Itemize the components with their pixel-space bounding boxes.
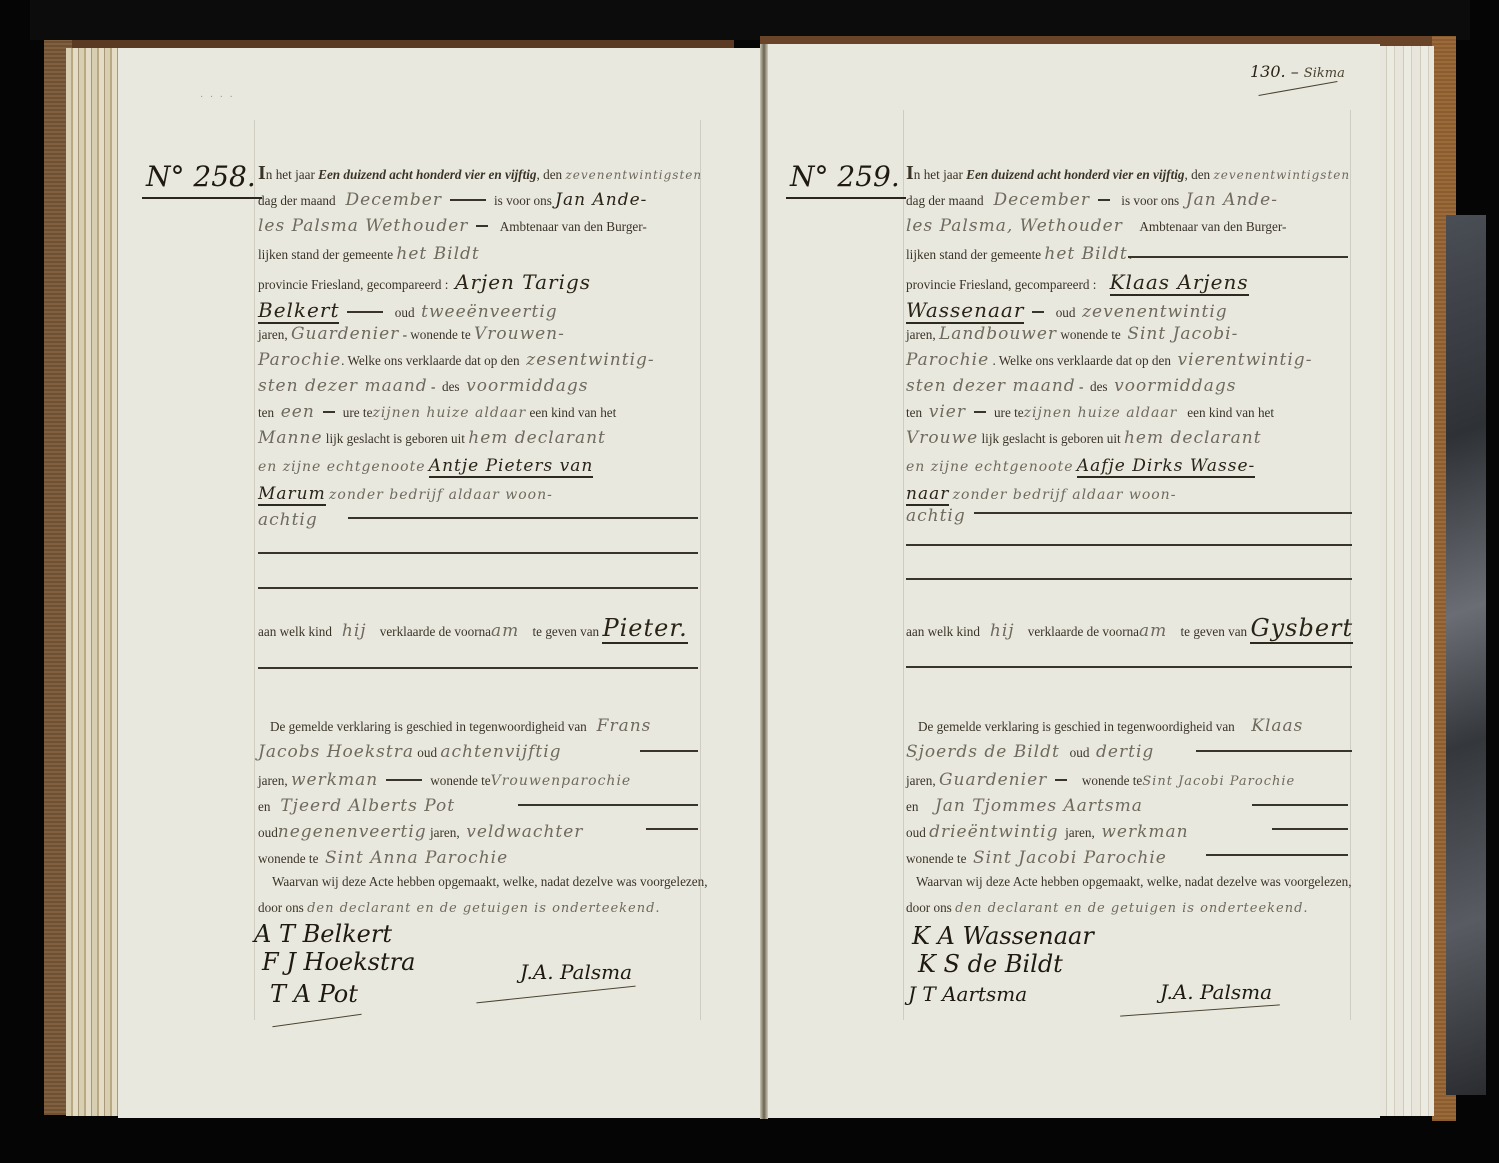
pencil-mark: · · · · <box>200 92 235 103</box>
label: jaren, <box>430 825 460 841</box>
label: wonende te <box>430 773 490 789</box>
label: een kind van het <box>530 405 617 421</box>
child-name: Gysbert <box>1250 614 1353 644</box>
label: oud <box>258 825 278 841</box>
year-text: Een duizend acht honderd vier en vijftig <box>318 167 536 183</box>
label: Waarvan wij deze Acte hebben opgemaakt, … <box>272 874 708 890</box>
label: jaren, <box>258 327 288 343</box>
mother-name: Antje Pieters van <box>429 456 594 478</box>
label: jaren, <box>1065 825 1095 841</box>
witness1-residence: Vrouwenparochie <box>491 773 632 789</box>
signature-witness-1: F J Hoekstra <box>262 948 415 976</box>
label: oud <box>395 305 415 321</box>
birth-day-cont: sten dezer maand <box>906 376 1076 396</box>
blank-rule <box>906 544 1352 546</box>
blank-rule <box>1128 256 1348 258</box>
witness1-name-cont: Sjoerds de Bildt <box>906 742 1060 762</box>
witness1-name: Frans <box>597 716 652 736</box>
declarant-name: Arjen Tarigs <box>455 270 591 294</box>
signature-witness-2: J T Aartsma <box>908 982 1027 1006</box>
dash <box>1032 311 1044 313</box>
witness2-age: drieëntwintig <box>929 822 1058 842</box>
initial-letter: I <box>258 162 266 185</box>
blank-rule <box>258 667 698 669</box>
label: lijken stand der gemeente <box>906 247 1041 263</box>
dash <box>476 225 488 227</box>
page-edges-left <box>66 48 122 1116</box>
label: . Welke ons verklaarde dat op den <box>992 353 1171 369</box>
declarant-residence-cont: Parochie <box>258 350 341 370</box>
mother-occupation: zonder bedrijf aldaar woon- <box>953 487 1177 503</box>
label: wonende te <box>1082 773 1142 789</box>
declarant-age: zevenentwintig <box>1082 302 1228 322</box>
birth-day-cont: sten dezer maand <box>258 376 428 396</box>
label: dag der maand <box>906 193 984 209</box>
label: te geven van <box>533 624 600 640</box>
blank-rule <box>258 587 698 589</box>
official-name: Jan Ande- <box>1186 190 1278 210</box>
left-margin-rule <box>254 120 255 1020</box>
parent: hem declarant <box>1124 428 1262 448</box>
blank-rule <box>906 578 1352 580</box>
label: n het jaar <box>914 167 963 183</box>
pronoun: hij <box>990 621 1015 641</box>
blank-rule <box>348 517 698 519</box>
month: December <box>994 190 1090 210</box>
label: oud <box>1056 305 1076 321</box>
signature-declarant: K A Wassenaar <box>912 922 1094 950</box>
label: des <box>1090 379 1108 395</box>
birth-day: zesentwintig- <box>526 350 654 370</box>
label: Ambtenaar van den Burger- <box>500 219 647 235</box>
time-of-day: voormiddags <box>466 376 588 396</box>
label: provincie Friesland, gecompareerd : <box>258 277 448 293</box>
label: wonende te <box>1060 327 1120 343</box>
official-name: Jan Ande- <box>555 190 647 210</box>
label: aan welk kind <box>906 624 980 640</box>
declarant-surname: Belkert <box>258 298 339 324</box>
signed-by: den declarant en de getuigen is ondertee… <box>307 901 660 916</box>
label: wonende te <box>906 851 966 867</box>
witness2-age: negenenveertig <box>278 822 427 842</box>
time-of-day: voormiddags <box>1114 376 1236 396</box>
blank-rule <box>906 666 1352 668</box>
blank-rule <box>1206 854 1348 856</box>
witness1-age: achtenvijftig <box>440 742 561 762</box>
right-margin-rule <box>903 110 904 1020</box>
blank-rule <box>646 828 698 830</box>
sex: Vrouwe <box>906 428 978 448</box>
label: en <box>258 799 270 815</box>
day-written: zevenentwintigsten <box>1213 168 1350 182</box>
mother-name-cont: naar <box>906 484 949 506</box>
declarant-residence: Sint Jacobi- <box>1127 324 1238 344</box>
birth-day: vierentwintig- <box>1178 350 1313 370</box>
naam-suffix: am <box>1139 621 1167 641</box>
dash <box>1055 779 1067 781</box>
witness2-name: Tjeerd Alberts Pot <box>280 796 455 816</box>
label: jaren, <box>906 773 936 789</box>
label: des <box>442 379 460 395</box>
declarant-residence-cont: Parochie <box>906 350 989 370</box>
label: verklaarde de voorna <box>380 624 491 640</box>
dash <box>347 311 383 313</box>
declarant-residence: Vrouwen- <box>474 324 565 344</box>
label: door ons <box>906 900 952 916</box>
official-name-cont: les Palsma Wethouder <box>258 216 468 236</box>
label: oud <box>906 825 926 841</box>
signature-witness-2: T A Pot <box>270 980 358 1008</box>
parent-cont: en zijne echtgenoote <box>906 459 1074 475</box>
page-edges-right <box>1378 46 1434 1116</box>
marbled-board <box>1446 215 1486 1095</box>
day-written: zevenentwintigsten <box>565 168 702 182</box>
book-gutter <box>760 44 768 1119</box>
blank-rule <box>518 804 698 806</box>
label: lijk geslacht is geboren uit <box>326 431 465 447</box>
label: lijk geslacht is geboren uit <box>982 431 1121 447</box>
parent-cont: en zijne echtgenoote <box>258 459 426 475</box>
label: oud <box>1070 745 1090 761</box>
witness1-occupation: werkman <box>291 770 378 790</box>
blank-rule <box>1272 828 1348 830</box>
hour: een <box>281 402 315 422</box>
blank-rule <box>1252 804 1348 806</box>
dash <box>1098 199 1110 201</box>
label: aan welk kind <box>258 624 332 640</box>
declarant-name: Klaas Arjens <box>1110 270 1249 296</box>
label: De gemelde verklaring is geschied in teg… <box>918 719 1235 735</box>
parent: hem declarant <box>468 428 606 448</box>
label: is voor ons <box>494 193 552 209</box>
sex: Manne <box>258 428 323 448</box>
birth-place: zijnen huize aldaar <box>372 405 526 421</box>
dash <box>974 411 986 413</box>
label: De gemelde verklaring is geschied in teg… <box>270 719 587 735</box>
birth-place: zijnen huize aldaar <box>1024 405 1178 421</box>
label: is voor ons <box>1121 193 1179 209</box>
witness1-occupation: Guardenier <box>939 770 1047 790</box>
label: jaren, <box>906 327 936 343</box>
blank-rule <box>258 552 698 554</box>
mother-residence: achtig <box>906 506 966 526</box>
label: ure te <box>994 405 1024 421</box>
label: provincie Friesland, gecompareerd : <box>906 277 1096 293</box>
witness2-occupation: veldwachter <box>466 822 583 842</box>
signature-witness-1: K S de Bildt <box>918 950 1063 978</box>
label: , den <box>1185 167 1211 183</box>
witness2-residence: Sint Anna Parochie <box>325 848 508 868</box>
signed-by: den declarant en de getuigen is ondertee… <box>955 901 1308 916</box>
signature-official: J.A. Palsma <box>1160 980 1272 1004</box>
label: ure te <box>343 405 373 421</box>
dash <box>386 779 422 781</box>
label: door ons <box>258 900 304 916</box>
label: wonende te <box>258 851 318 867</box>
witness1-name-cont: Jacobs Hoekstra <box>258 742 414 762</box>
declarant-surname: Wassenaar <box>906 298 1024 324</box>
blank-rule <box>640 750 698 752</box>
mother-name-cont: Marum <box>258 484 326 506</box>
declarant-occupation: Guardenier <box>291 324 399 344</box>
signature-declarant: A T Belkert <box>254 920 392 948</box>
municipality: het Bildt <box>396 244 479 264</box>
child-name: Pieter. <box>602 614 687 644</box>
witness2-name: Jan Tjommes Aartsma <box>935 796 1143 816</box>
label: Ambtenaar van den Burger- <box>1139 219 1286 235</box>
witness1-residence: Sint Jacobi Parochie <box>1142 774 1295 789</box>
hour: vier <box>929 402 966 422</box>
label: ten <box>258 405 274 421</box>
blank-rule <box>974 512 1352 514</box>
signature-official: J.A. Palsma <box>520 960 632 984</box>
initial-letter: I <box>906 162 914 185</box>
label: Waarvan wij deze Acte hebben opgemaakt, … <box>916 874 1352 890</box>
witness2-occupation: werkman <box>1101 822 1188 842</box>
label: , den <box>537 167 563 183</box>
label: te geven van <box>1181 624 1248 640</box>
municipality: het Bildt. <box>1044 244 1134 264</box>
label: ten <box>906 405 922 421</box>
label: oud <box>417 745 437 761</box>
witness2-residence: Sint Jacobi Parochie <box>973 848 1167 868</box>
official-name-cont: les Palsma, Wethouder <box>906 216 1123 236</box>
mother-occupation: zonder bedrijf aldaar woon- <box>329 487 553 503</box>
mother-residence: achtig <box>258 510 318 530</box>
dash <box>450 199 486 201</box>
month: December <box>346 190 442 210</box>
declarant-age: tweeënveertig <box>421 302 558 322</box>
act-number: N° 259. <box>786 160 906 199</box>
mother-name: Aafje Dirks Wasse- <box>1077 456 1255 478</box>
label: en <box>906 799 918 815</box>
label: lijken stand der gemeente <box>258 247 393 263</box>
declarant-occupation: Landbouwer <box>939 324 1057 344</box>
label: jaren, <box>258 773 288 789</box>
dash <box>323 411 335 413</box>
label: dag der maand <box>258 193 336 209</box>
label: wonende te <box>410 327 470 343</box>
naam-suffix: am <box>491 621 519 641</box>
witness1-age: dertig <box>1096 742 1154 762</box>
label: een kind van het <box>1187 405 1274 421</box>
blank-rule <box>1196 750 1352 752</box>
witness1-name: Klaas <box>1251 716 1303 736</box>
label: . Welke ons verklaarde dat op den <box>341 353 520 369</box>
label: verklaarde de voorna <box>1028 624 1139 640</box>
pronoun: hij <box>342 621 367 641</box>
act-number: N° 258. <box>142 160 262 199</box>
year-text: Een duizend acht honderd vier en vijftig <box>966 167 1184 183</box>
label: n het jaar <box>266 167 315 183</box>
